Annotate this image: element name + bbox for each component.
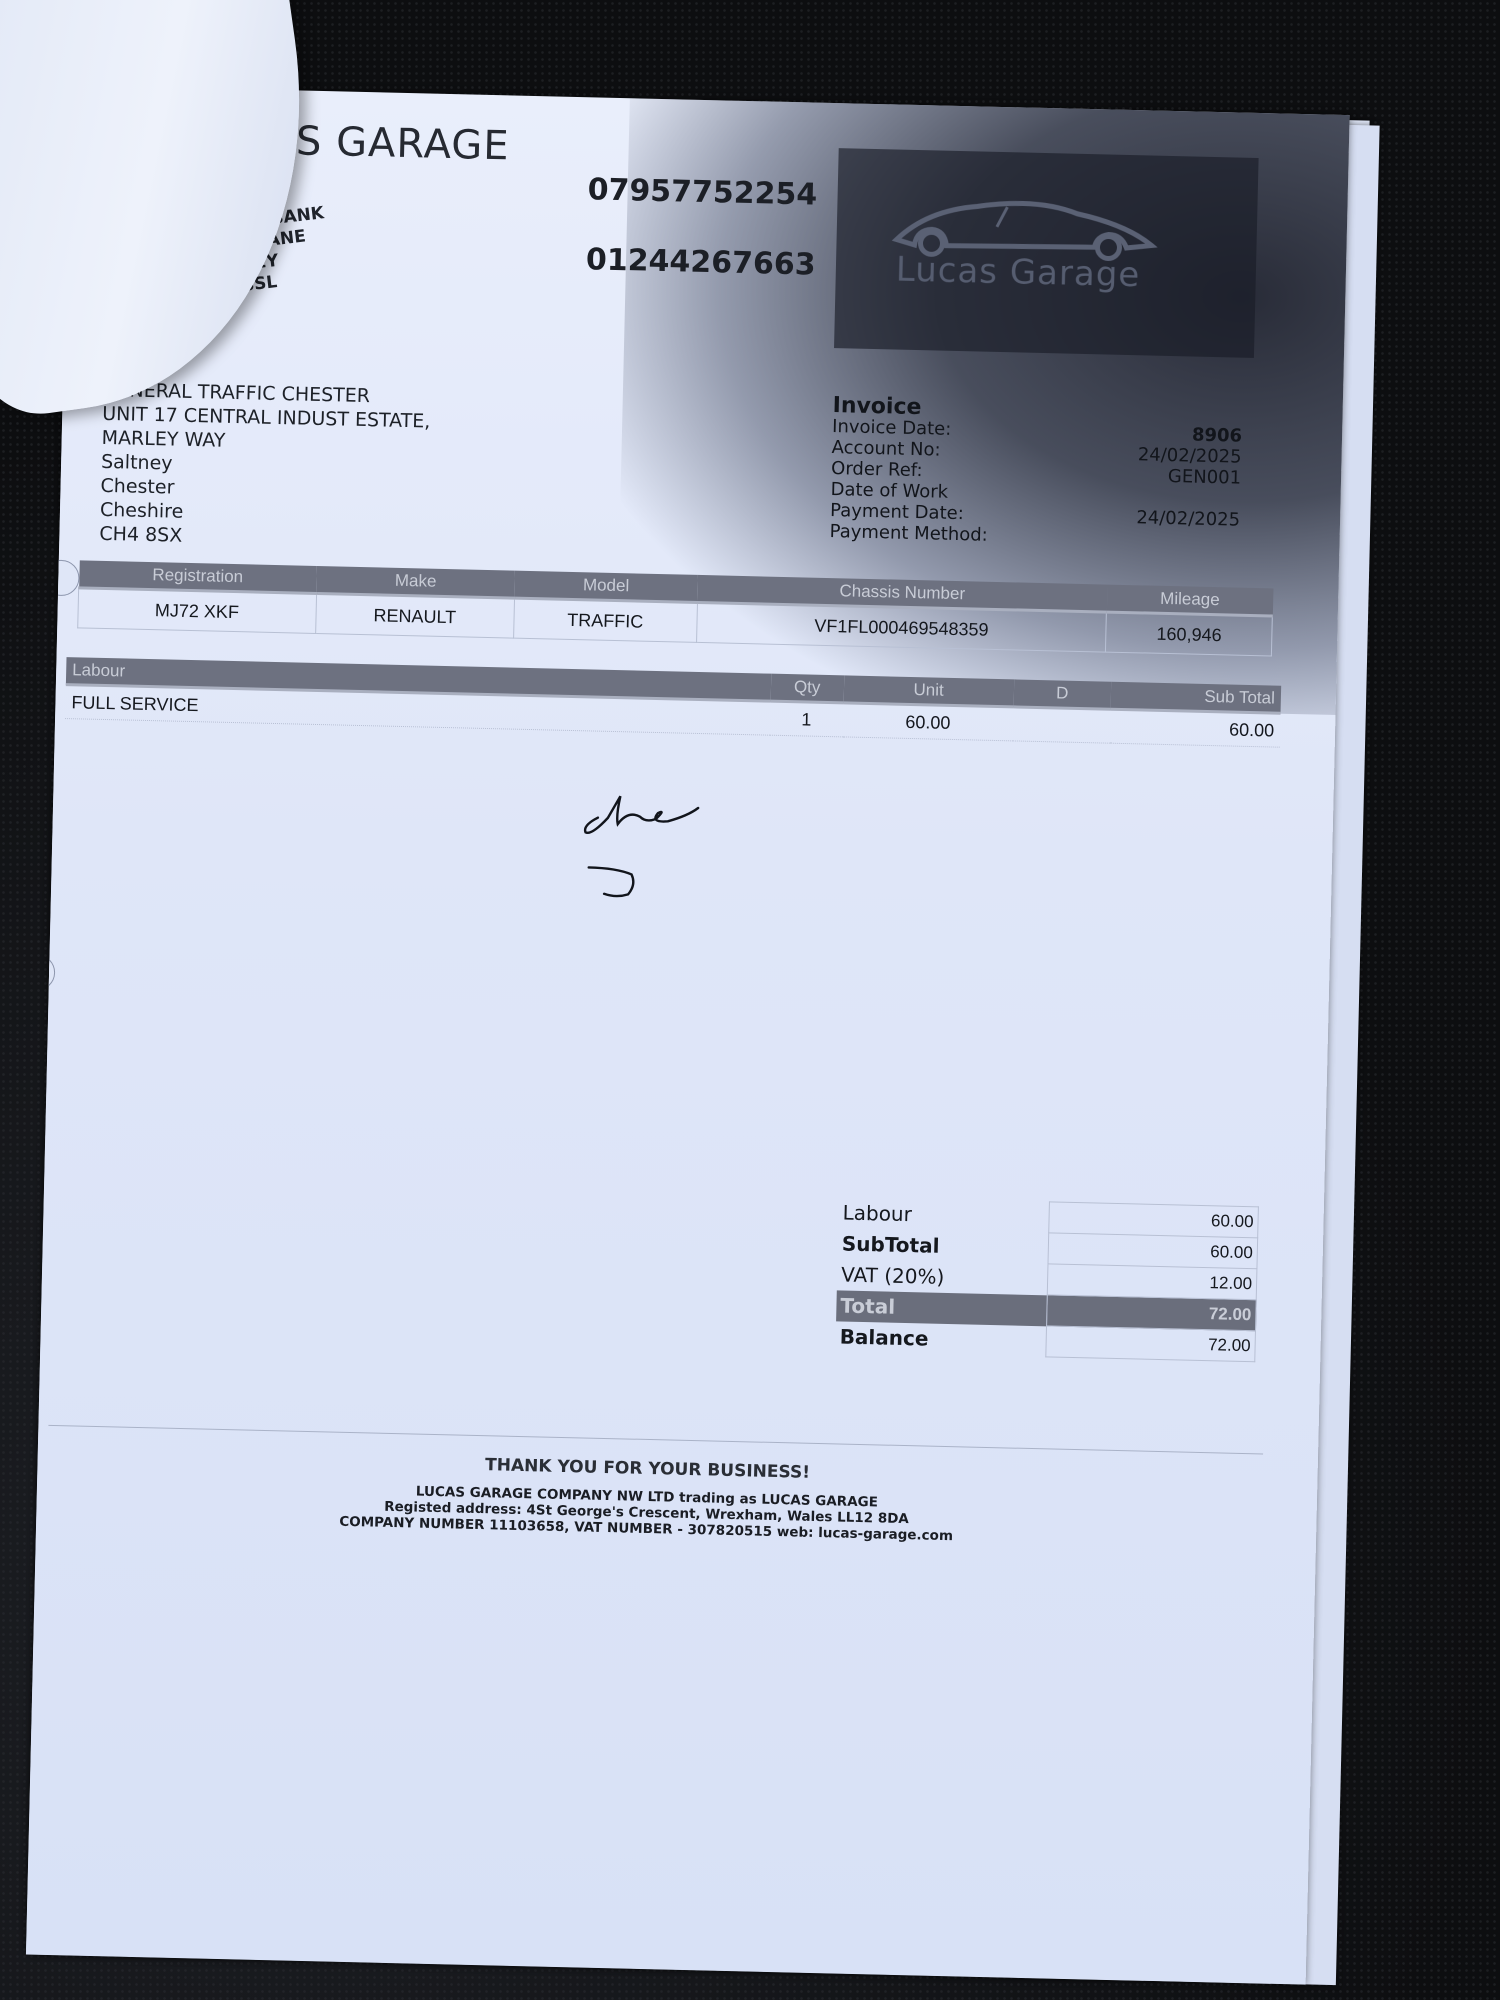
totals-value: 60.00 (1048, 1233, 1258, 1269)
invoice-date-value: 24/02/2025 (1138, 444, 1242, 467)
invoice-document: CAS GARAGE IT 9DFG HESTER BANK RIVER LAN… (26, 85, 1350, 1985)
handwritten-signature (576, 777, 719, 920)
model-value: TRAFFIC (513, 598, 697, 642)
account-no-value: GEN001 (1168, 466, 1242, 489)
meta-label: Order Ref: (831, 458, 923, 481)
labour-unit: 60.00 (842, 703, 1013, 741)
company-phones: 07957752254 01244267663 (585, 155, 818, 300)
col-model: Model (514, 571, 697, 603)
invoice-number: 8906 (1192, 425, 1243, 447)
logo-text: Lucas Garage (895, 250, 1140, 296)
labour-qty: 1 (770, 701, 844, 737)
invoice-title: Invoice (832, 395, 921, 418)
totals-value: 12.00 (1047, 1264, 1257, 1300)
col-unit: Unit (843, 675, 1014, 706)
customer-address: GENERAL TRAFFIC CHESTER UNIT 17 CENTRAL … (99, 378, 431, 554)
labour-discount (1012, 707, 1110, 743)
totals-label: SubTotal (838, 1228, 1049, 1264)
date-of-work-value: 24/02/2025 (1136, 507, 1240, 530)
footer: THANK YOU FOR YOUR BUSINESS! LUCAS GARAG… (236, 1449, 1058, 1546)
totals-label: Balance (835, 1321, 1046, 1357)
photo-scene: CAS GARAGE IT 9DFG HESTER BANK RIVER LAN… (0, 0, 1500, 2000)
phone-landline: 01244267663 (585, 225, 816, 300)
col-subtotal: Sub Total (1110, 682, 1281, 714)
totals-value: 60.00 (1049, 1202, 1259, 1238)
phone-mobile: 07957752254 (587, 155, 818, 230)
meta-label: Invoice Date: (832, 416, 952, 440)
col-qty: Qty (770, 674, 844, 703)
chassis-value: VF1FL000469548359 (696, 602, 1107, 652)
invoice-details: Invoice Invoice Date: 8906 Account No: 2… (829, 395, 1242, 552)
totals-label: Labour (838, 1197, 1049, 1233)
meta-label: Date of Work (830, 479, 948, 503)
footer-divider (48, 1425, 1263, 1455)
company-logo: Lucas Garage (834, 148, 1259, 358)
registration-value: MJ72 XKF (78, 588, 317, 634)
col-discount: D (1013, 679, 1111, 709)
meta-label: Payment Method: (829, 521, 988, 546)
totals-label: VAT (20%) (837, 1259, 1048, 1295)
totals-value: 72.00 (1047, 1295, 1257, 1331)
mileage-value: 160,946 (1106, 612, 1272, 656)
make-value: RENAULT (315, 593, 514, 638)
totals-value: 72.00 (1046, 1326, 1256, 1362)
labour-table: Labour Qty Unit D Sub Total FULL SERVICE… (65, 657, 1281, 748)
totals-box: Labour 60.00 SubTotal 60.00 VAT (20%) 12… (835, 1196, 1259, 1362)
meta-label: Account No: (831, 437, 940, 461)
labour-subtotal: 60.00 (1110, 709, 1281, 747)
col-mileage: Mileage (1107, 585, 1273, 616)
vehicle-table: Registration Make Model Chassis Number M… (77, 560, 1273, 656)
totals-label: Total (836, 1290, 1047, 1326)
